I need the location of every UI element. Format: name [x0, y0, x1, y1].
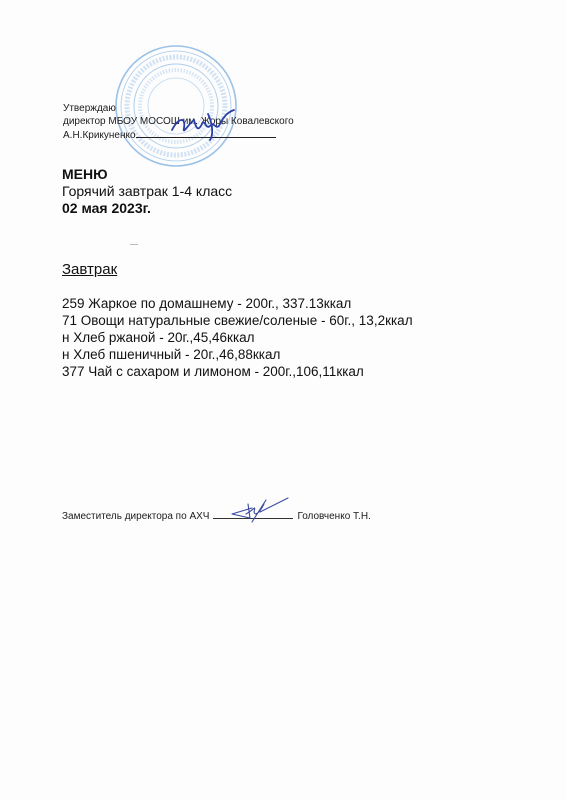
deputy-position: Заместитель директора по АХЧ [62, 511, 209, 522]
menu-title: МЕНЮ [62, 166, 232, 183]
scan-speck [130, 244, 138, 245]
menu-item: 71 Овощи натуральные свежие/соленые - 60… [62, 312, 413, 329]
deputy-name: Головченко Т.Н. [297, 511, 370, 522]
meal-description: Горячий завтрак 1-4 класс [62, 183, 232, 200]
menu-item: 259 Жаркое по домашнему - 200г., 337.13к… [62, 295, 413, 312]
menu-items-list: 259 Жаркое по домашнему - 200г., 337.13к… [62, 295, 413, 380]
menu-item: н Хлеб ржаной - 20г.,45,46ккал [62, 329, 413, 346]
menu-item: н Хлеб пшеничный - 20г.,46,88ккал [62, 346, 413, 363]
menu-date: 02 мая 2023г. [62, 200, 232, 217]
approval-signer-name: А.Н.Крикуненко [63, 130, 136, 141]
deputy-signature-icon [230, 496, 290, 524]
document-page: Утверждаю директор МБОУ МОСОШ им. Жоры К… [0, 0, 566, 800]
director-signature-icon [168, 108, 238, 142]
section-heading-breakfast: Завтрак [62, 261, 117, 278]
menu-title-block: МЕНЮ Горячий завтрак 1-4 класс 02 мая 20… [62, 166, 232, 217]
menu-item: 377 Чай с сахаром и лимоном - 200г.,106,… [62, 363, 413, 380]
deputy-signature-block: Заместитель директора по АХЧГоловченко Т… [62, 509, 371, 522]
